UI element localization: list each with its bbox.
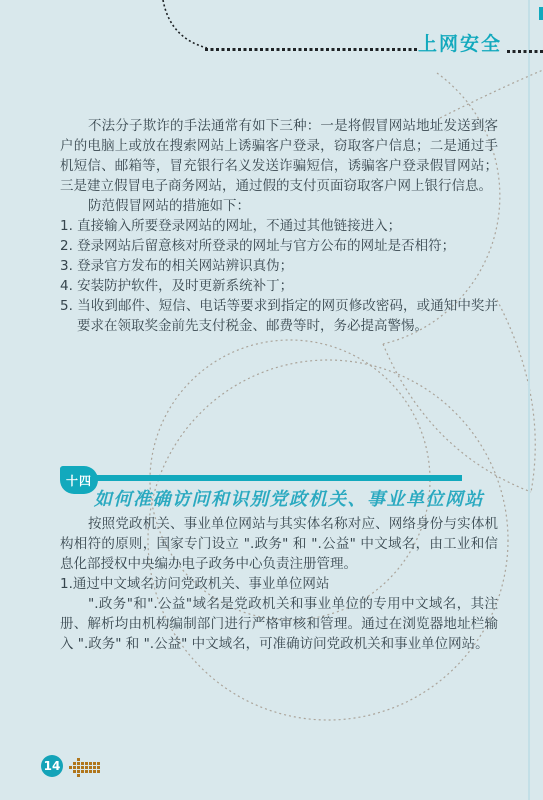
dots-arrow-icon xyxy=(69,758,105,778)
list-item: 2. 登录网站后留意核对所登录的网址与官方公布的网址是否相符； xyxy=(60,236,498,256)
measures-list: 1. 直接输入所要登录网站的网址，不通过其他链接进入； 2. 登录网站后留意核对… xyxy=(60,216,498,336)
page-edge-tab xyxy=(539,7,543,20)
section-number-badge: 十四 xyxy=(60,466,98,494)
right-vertical-rule xyxy=(528,0,530,800)
section-subheading: 1.通过中文域名访问党政机关、事业单位网站 xyxy=(60,574,498,594)
header-title: 上网安全 xyxy=(418,29,502,56)
section-title: 如何准确访问和识别党政机关、事业单位网站 xyxy=(94,485,484,511)
header-dotted-line-right xyxy=(507,50,543,53)
section-paragraph-2: ".政务"和".公益"域名是党政机关和事业单位的专用中文域名，其注册、解析均由机… xyxy=(60,594,498,654)
list-item: 4. 安装防护软件，及时更新系统补丁； xyxy=(60,276,498,296)
header-dotted-line-left xyxy=(205,48,418,51)
intro-paragraph-2: 防范假冒网站的措施如下： xyxy=(60,196,498,216)
page-number-badge: 14 xyxy=(41,755,63,777)
dashed-arc-leaf-left xyxy=(383,344,531,492)
section-paragraph-1: 按照党政机关、事业单位网站与其实体名称对应、网络身份与实体机构相符的原则，国家专… xyxy=(60,514,498,574)
list-item: 3. 登录官方发布的相关网站辨识真伪； xyxy=(60,256,498,276)
dotted-curve-top-left xyxy=(163,0,207,48)
section-rule xyxy=(96,475,462,481)
list-item: 5. 当收到邮件、短信、电话等要求到指定的网页修改密码，或通知中奖并要求在领取奖… xyxy=(60,296,498,336)
list-item: 1. 直接输入所要登录网站的网址，不通过其他链接进入； xyxy=(60,216,498,236)
intro-paragraph-1: 不法分子欺诈的手法通常有如下三种：一是将假冒网站地址发送到客户的电脑上或放在搜索… xyxy=(60,116,498,196)
